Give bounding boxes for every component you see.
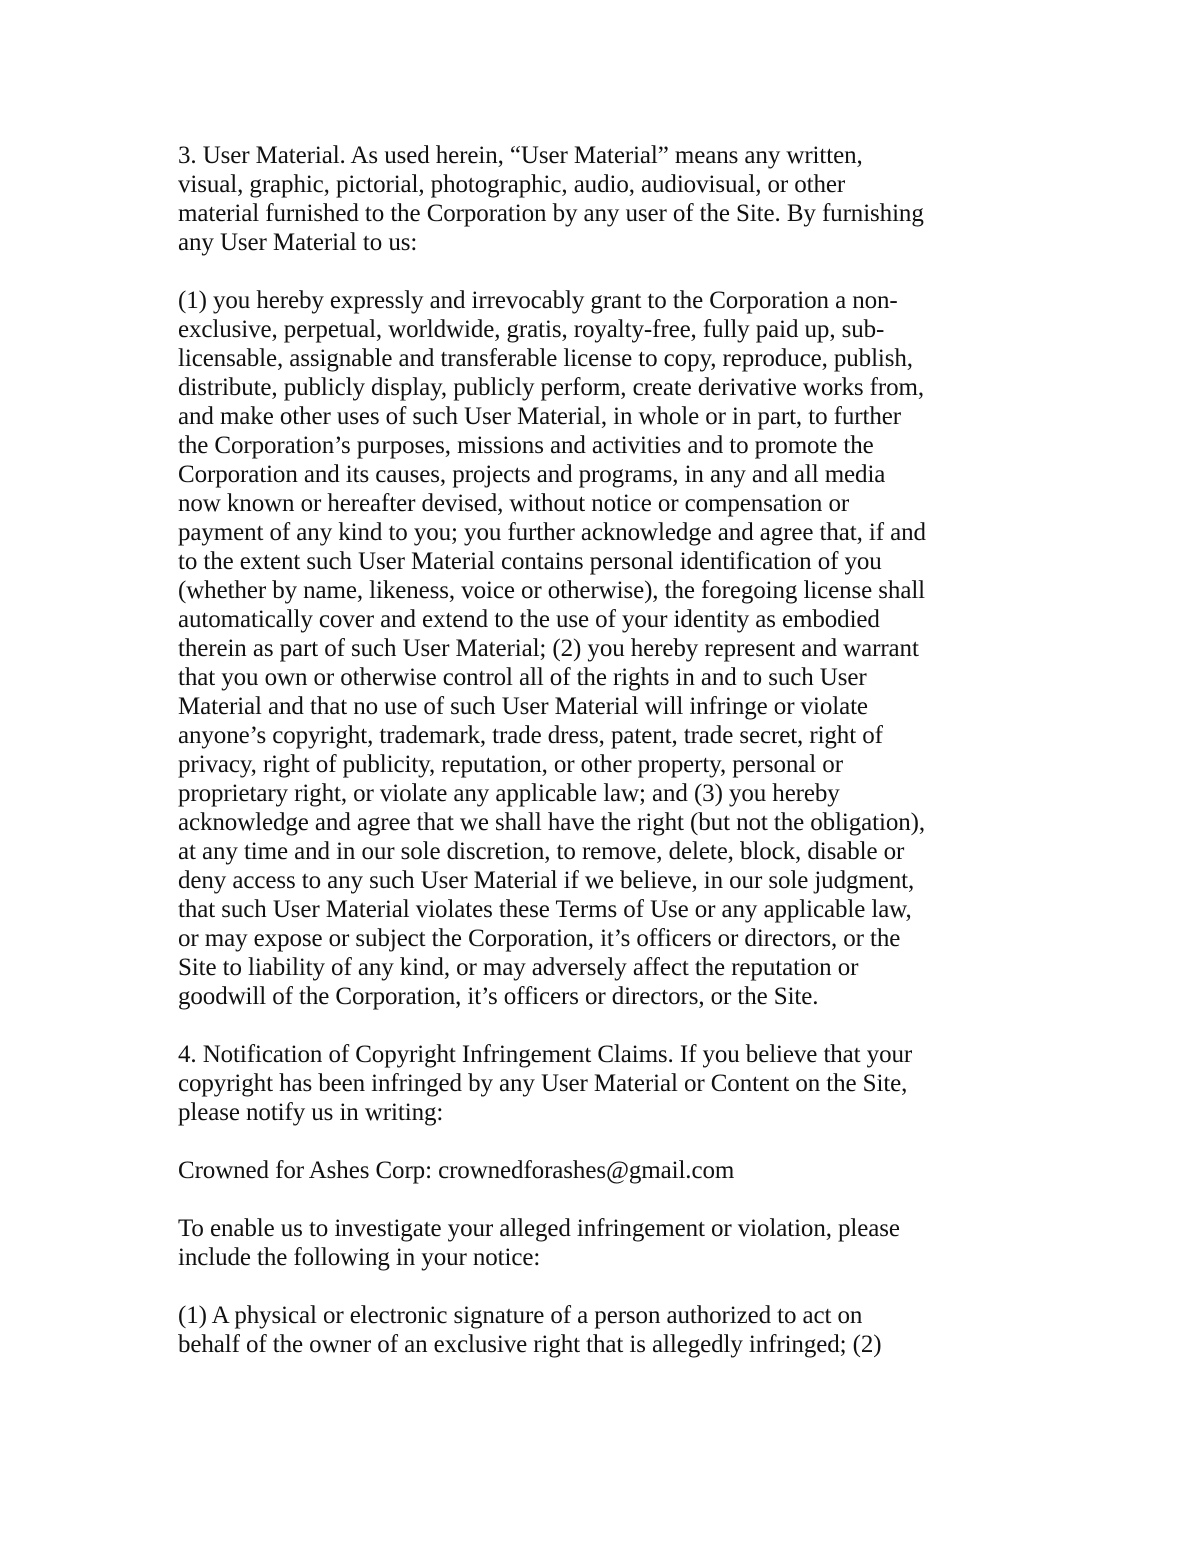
text-line: and make other uses of such User Materia… <box>178 402 1038 431</box>
text-line: at any time and in our sole discretion, … <box>178 837 1038 866</box>
notice-requirements: (1) A physical or electronic signature o… <box>178 1301 1038 1359</box>
contact-line: Crowned for Ashes Corp: crownedforashes@… <box>178 1156 1038 1185</box>
text-line: automatically cover and extend to the us… <box>178 605 1038 634</box>
contact-label: Crowned for Ashes Corp: <box>178 1157 438 1184</box>
text-line: Corporation and its causes, projects and… <box>178 460 1038 489</box>
text-line: acknowledge and agree that we shall have… <box>178 808 1038 837</box>
text-line: to the extent such User Material contain… <box>178 547 1038 576</box>
text-line: include the following in your notice: <box>178 1243 1038 1272</box>
text-line: that such User Material violates these T… <box>178 895 1038 924</box>
text-line: any User Material to us: <box>178 228 1038 257</box>
text-line: To enable us to investigate your alleged… <box>178 1214 1038 1243</box>
section-3-intro: 3. User Material. As used herein, “User … <box>178 141 1038 257</box>
text-line: 3. User Material. As used herein, “User … <box>178 141 1038 170</box>
investigate-instructions: To enable us to investigate your alleged… <box>178 1214 1038 1272</box>
text-line: now known or hereafter devised, without … <box>178 489 1038 518</box>
text-line: that you own or otherwise control all of… <box>178 663 1038 692</box>
section-3-license-grant: (1) you hereby expressly and irrevocably… <box>178 286 1038 1011</box>
text-line: behalf of the owner of an exclusive righ… <box>178 1330 1038 1359</box>
text-line: copyright has been infringed by any User… <box>178 1069 1038 1098</box>
text-line: material furnished to the Corporation by… <box>178 199 1038 228</box>
text-line: goodwill of the Corporation, it’s office… <box>178 982 1038 1011</box>
text-line: licensable, assignable and transferable … <box>178 344 1038 373</box>
contact-email: crownedforashes@gmail.com <box>438 1157 734 1184</box>
text-line: the Corporation’s purposes, missions and… <box>178 431 1038 460</box>
text-line: 4. Notification of Copyright Infringemen… <box>178 1040 1038 1069</box>
contact-info: Crowned for Ashes Corp: crownedforashes@… <box>178 1156 1038 1185</box>
text-line: distribute, publicly display, publicly p… <box>178 373 1038 402</box>
text-line: (1) you hereby expressly and irrevocably… <box>178 286 1038 315</box>
text-line: or may expose or subject the Corporation… <box>178 924 1038 953</box>
text-line: Site to liability of any kind, or may ad… <box>178 953 1038 982</box>
text-line: exclusive, perpetual, worldwide, gratis,… <box>178 315 1038 344</box>
text-line: please notify us in writing: <box>178 1098 1038 1127</box>
text-line: privacy, right of publicity, reputation,… <box>178 750 1038 779</box>
text-line: deny access to any such User Material if… <box>178 866 1038 895</box>
document-page: 3. User Material. As used herein, “User … <box>178 141 1038 1388</box>
text-line: (whether by name, likeness, voice or oth… <box>178 576 1038 605</box>
section-4-intro: 4. Notification of Copyright Infringemen… <box>178 1040 1038 1127</box>
text-line: visual, graphic, pictorial, photographic… <box>178 170 1038 199</box>
text-line: anyone’s copyright, trademark, trade dre… <box>178 721 1038 750</box>
text-line: (1) A physical or electronic signature o… <box>178 1301 1038 1330</box>
text-line: Material and that no use of such User Ma… <box>178 692 1038 721</box>
text-line: therein as part of such User Material; (… <box>178 634 1038 663</box>
text-line: proprietary right, or violate any applic… <box>178 779 1038 808</box>
text-line: payment of any kind to you; you further … <box>178 518 1038 547</box>
